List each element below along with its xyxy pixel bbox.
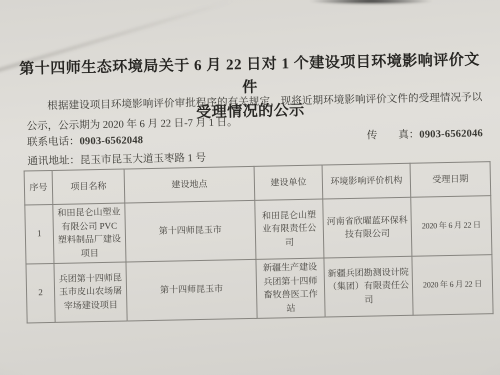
notice-sheet: 第十四师生态环境局关于 6 月 22 日对 1 个建设项目环境影响评价文件 受理… xyxy=(0,0,500,375)
cell-seq: 1 xyxy=(25,204,54,264)
phone-number: 0903-6562048 xyxy=(79,135,143,147)
cell-location: 第十四师昆玉市 xyxy=(126,259,257,321)
header-builder: 建设单位 xyxy=(254,165,323,200)
address-value: 昆玉市昆玉大道玉枣路 1 号 xyxy=(80,153,206,167)
header-location: 建设地点 xyxy=(124,166,255,203)
cell-eia-org: 新疆兵团勘测设计院（集团）有限责任公司 xyxy=(324,256,413,317)
address-label: 通讯地址： xyxy=(27,155,80,167)
fax-label: 传 真： xyxy=(367,130,420,142)
fax-number: 0903-6562046 xyxy=(419,128,483,140)
table-body: 1 和田昆仑山塑业有限公司 PVC 塑料制品厂建设项目 第十四师昆玉市 和田昆仑… xyxy=(25,196,493,323)
phone-label: 联系电话： xyxy=(27,136,80,148)
fax-field: 传 真：0903-6562046 xyxy=(367,125,483,142)
cell-date: 2020 年 6 月 22 日 xyxy=(411,196,492,257)
table-row: 1 和田昆仑山塑业有限公司 PVC 塑料制品厂建设项目 第十四师昆玉市 和田昆仑… xyxy=(25,196,492,264)
header-eia-org: 环境影响评价机构 xyxy=(322,163,411,199)
cell-eia-org: 河南省欣曜蓝环保科技有限公司 xyxy=(323,197,412,258)
cell-project: 兵团第十四师昆玉市皮山农场屠宰场建设项目 xyxy=(54,262,127,322)
cell-project: 和田昆仑山塑业有限公司 PVC 塑料制品厂建设项目 xyxy=(53,203,126,263)
table-row: 2 兵团第十四师昆玉市皮山农场屠宰场建设项目 第十四师昆玉市 新疆生产建设兵团第… xyxy=(26,255,493,323)
cell-builder: 新疆生产建设兵团第十四师畜牧兽医工作站 xyxy=(256,258,325,318)
cell-location: 第十四师昆玉市 xyxy=(125,200,256,262)
cell-builder: 和田昆仑山塑业有限责任公司 xyxy=(255,199,324,259)
cell-date: 2020 年 6 月 22 日 xyxy=(412,255,493,316)
cell-seq: 2 xyxy=(26,263,55,323)
header-seq: 序号 xyxy=(24,170,53,205)
document-photo: 第十四师生态环境局关于 6 月 22 日对 1 个建设项目环境影响评价文件 受理… xyxy=(0,0,500,375)
acceptance-table: 序号 项目名称 建设地点 建设单位 环境影响评价机构 受理日期 1 和田昆仑山塑… xyxy=(24,161,494,323)
phone-field: 联系电话：0903-6562048 xyxy=(27,132,143,149)
header-date: 受理日期 xyxy=(410,162,491,198)
header-project: 项目名称 xyxy=(52,169,125,204)
